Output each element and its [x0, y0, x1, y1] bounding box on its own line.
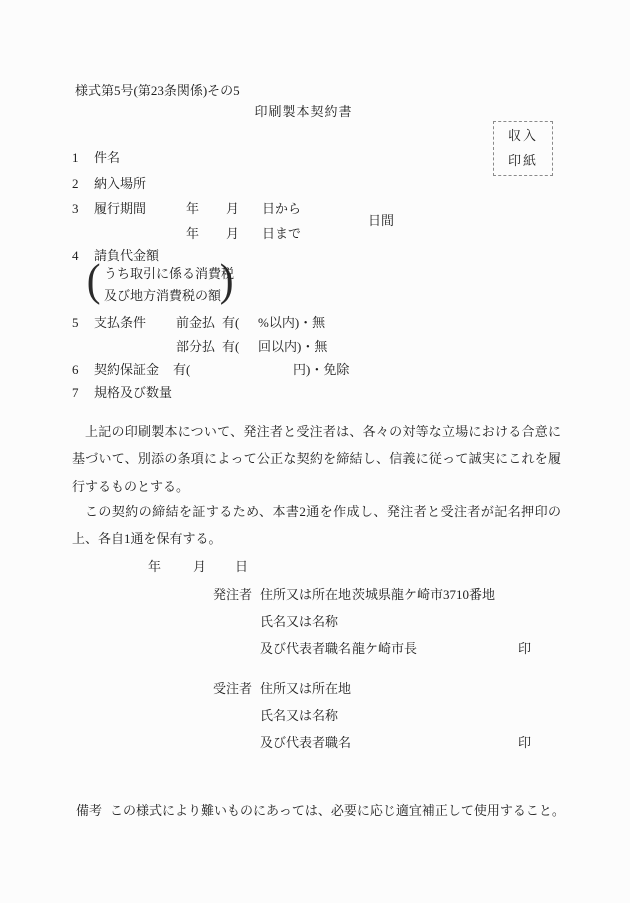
- item-6-label: 契約保証金: [94, 362, 159, 377]
- item-1-number: 1: [72, 150, 79, 165]
- contractor-address-label: 住所又は所在地: [260, 681, 351, 696]
- date-month-label: 月: [193, 559, 206, 574]
- item-6-has-label: 有(: [173, 362, 190, 377]
- item-3-to-year-label: 年: [186, 226, 199, 241]
- item-1-label: 件名: [94, 150, 120, 165]
- item-6-suffix: 円)・免除: [293, 362, 349, 377]
- remarks-label: 備考: [76, 803, 102, 818]
- item-5-partial-label: 部分払: [176, 339, 215, 354]
- item-2-number: 2: [72, 176, 79, 191]
- item-5-advance-has-label: 有(: [222, 315, 239, 330]
- item-3-from-day-label: 日から: [262, 201, 301, 216]
- body-paragraph-1: 上記の印刷製本について、発注者と受注者は、各々の対等な立場における合意に基づいて…: [72, 418, 561, 500]
- orderer-address-value: 茨城県龍ケ崎市3710番地: [352, 587, 495, 602]
- item-3-to-day-label: 日まで: [262, 226, 301, 241]
- item-5-advance-label: 前金払: [176, 315, 215, 330]
- date-day-label: 日: [235, 559, 248, 574]
- remarks-text: この様式により難いものにあっては、必要に応じ適宜補正して使用すること。: [110, 803, 565, 818]
- contractor-seal-mark: 印: [518, 735, 531, 750]
- item-7-number: 7: [72, 385, 79, 400]
- contract-document-page: 様式第5号(第23条関係)その5 印刷製本契約書 収入 印紙 1 件名 2 納入…: [0, 0, 630, 903]
- date-year-label: 年: [148, 559, 161, 574]
- item-3-to-month-label: 月: [226, 226, 239, 241]
- body-paragraph-2: この契約の締結を証するため、本書2通を作成し、発注者と受注者が記名押印の上、各自…: [72, 498, 561, 553]
- contractor-role-label: 受注者: [213, 681, 252, 696]
- item-6-number: 6: [72, 362, 79, 377]
- tax-note-open-paren: (: [87, 257, 101, 303]
- item-3-label: 履行期間: [94, 201, 146, 216]
- item-3-from-year-label: 年: [186, 201, 199, 216]
- item-2-label: 納入場所: [94, 176, 146, 191]
- revenue-stamp-line2: 印紙: [494, 148, 552, 173]
- orderer-address-label: 住所又は所在地: [260, 587, 351, 602]
- page-title: 印刷製本契約書: [0, 104, 607, 119]
- contractor-name-label: 氏名又は名称: [260, 708, 338, 723]
- item-4-number: 4: [72, 248, 79, 263]
- orderer-seal-mark: 印: [518, 641, 531, 656]
- item-4-tax-note-line1: うち取引に係る消費税: [104, 266, 234, 281]
- item-4-label: 請負代金額: [94, 248, 159, 263]
- item-5-advance-suffix: %以内)・無: [258, 315, 325, 330]
- item-5-number: 5: [72, 315, 79, 330]
- orderer-role-label: 発注者: [213, 587, 252, 602]
- item-3-duration-label: 日間: [368, 213, 394, 228]
- item-4-tax-note-line2: 及び地方消費税の額: [104, 288, 221, 303]
- item-5-partial-has-label: 有(: [222, 339, 239, 354]
- item-5-label: 支払条件: [94, 315, 146, 330]
- item-3-number: 3: [72, 201, 79, 216]
- revenue-stamp-line1: 収入: [494, 123, 552, 148]
- orderer-title-value: 龍ケ崎市長: [352, 641, 417, 656]
- item-7-label: 規格及び数量: [94, 385, 172, 400]
- revenue-stamp-box: 収入 印紙: [493, 121, 553, 176]
- item-3-from-month-label: 月: [226, 201, 239, 216]
- form-number: 様式第5号(第23条関係)その5: [75, 83, 240, 98]
- item-5-partial-suffix: 回以内)・無: [258, 339, 327, 354]
- contractor-title-label: 及び代表者職名: [260, 735, 351, 750]
- orderer-title-label: 及び代表者職名: [260, 641, 351, 656]
- orderer-name-label: 氏名又は名称: [260, 614, 338, 629]
